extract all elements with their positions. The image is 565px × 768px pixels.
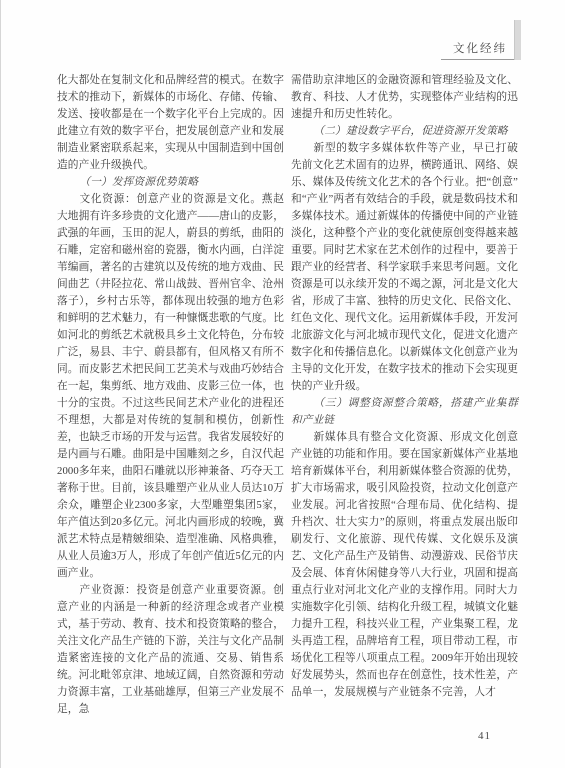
document-page: 文化经纬 化大都处在复制文化和品牌经营的模式。在数字技术的推动下，新媒体的市场化… [0, 0, 565, 768]
paragraph: 新媒体具有整合文化资源、形成文化创意产业链的功能和作用。要在国家新媒体产业基地培… [291, 429, 518, 701]
section-heading: （一）发挥资源优势策略 [57, 174, 284, 191]
left-column: 化大都处在复制文化和品牌经营的模式。在数字技术的推动下，新媒体的市场化、存储、传… [57, 72, 284, 718]
section-heading: （二）建设数字平台，促进资源开发策略 [291, 123, 518, 140]
page-header: 文化经纬 [441, 20, 521, 60]
header-section-label: 文化经纬 [441, 44, 514, 61]
scan-edge-line [0, 0, 1, 768]
paragraph-continuation: 需借助京津地区的金融资源和管理经验及文化、教育、科技、人才优势，实现整体产业结构… [291, 72, 518, 123]
header-accent-bar-icon [514, 20, 521, 60]
right-column: 需借助京津地区的金融资源和管理经验及文化、教育、科技、人才优势，实现整体产业结构… [291, 72, 518, 718]
paragraph-continuation: 化大都处在复制文化和品牌经营的模式。在数字技术的推动下，新媒体的市场化、存储、传… [57, 72, 284, 174]
section-heading: （三）调整资源整合策略，搭建产业集群和产业链 [291, 395, 518, 429]
paragraph: 新型的数字多媒体软件等产业，早已打破先前文化艺术固有的边界，横跨通讯、网络、娱乐… [291, 140, 518, 395]
paragraph: 文化资源：创意产业的资源是文化。燕赵大地拥有许多珍贵的文化遗产——唐山的皮影，武… [57, 191, 284, 582]
paragraph: 产业资源：投资是创意产业重要资源。创意产业的内涵是一种新的经济理念或者产业模式，… [57, 582, 284, 718]
page-content: 化大都处在复制文化和品牌经营的模式。在数字技术的推动下，新媒体的市场化、存储、传… [57, 72, 518, 718]
page-number: 41 [478, 730, 491, 742]
